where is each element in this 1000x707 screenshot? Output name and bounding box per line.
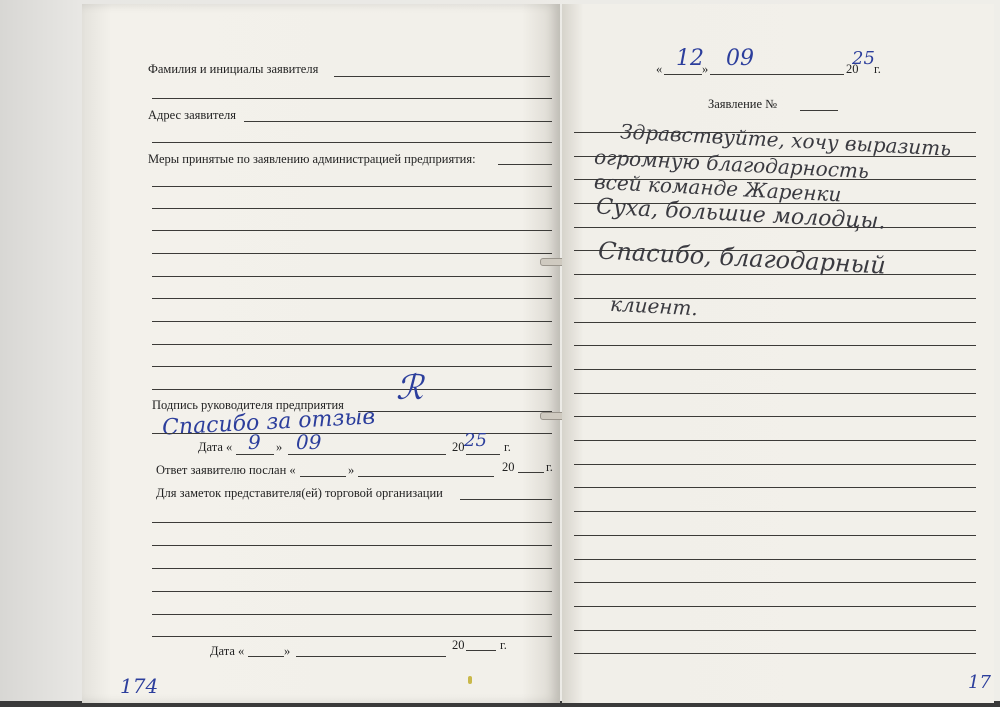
statement-line[interactable] bbox=[574, 464, 976, 465]
date-day: 9 bbox=[248, 430, 261, 454]
measures-label: Меры принятые по заявлению администрацие… bbox=[148, 152, 476, 167]
measures-field-line[interactable] bbox=[152, 389, 552, 390]
reply-sent-month-field[interactable] bbox=[358, 476, 494, 477]
measures-field-line[interactable] bbox=[152, 208, 552, 209]
applicant-address-field[interactable] bbox=[244, 121, 552, 122]
notes-field-line[interactable] bbox=[152, 614, 552, 615]
statement-line[interactable] bbox=[574, 653, 976, 654]
measures-field-line[interactable] bbox=[152, 321, 552, 322]
bottom-date-month-field[interactable] bbox=[296, 656, 446, 657]
right-page-number: 17 bbox=[968, 672, 991, 693]
date-close-quote: » bbox=[276, 440, 282, 455]
statement-line[interactable] bbox=[574, 630, 976, 631]
statement-line[interactable] bbox=[574, 606, 976, 607]
notes-field-line[interactable] bbox=[152, 591, 552, 592]
measures-field[interactable] bbox=[498, 164, 552, 165]
date-month: 09 bbox=[296, 430, 321, 454]
applicant-address-field-line2[interactable] bbox=[152, 142, 552, 143]
notes-field-line[interactable] bbox=[152, 568, 552, 569]
notes-field-line[interactable] bbox=[152, 522, 552, 523]
applicant-name-field-line2[interactable] bbox=[152, 98, 552, 99]
date-year-prefix: 20 bbox=[452, 440, 465, 455]
statement-number-field[interactable] bbox=[800, 110, 838, 111]
statement-line[interactable] bbox=[574, 440, 976, 441]
notes-field-line[interactable] bbox=[152, 545, 552, 546]
date-year-suffix-label: г. bbox=[504, 440, 511, 455]
manager-signature: ℛ bbox=[396, 368, 423, 408]
date-day-field[interactable] bbox=[236, 454, 274, 455]
right-page bbox=[562, 4, 994, 703]
measures-field-line[interactable] bbox=[152, 276, 552, 277]
right-date-open-quote: « bbox=[656, 62, 662, 77]
right-date-year-suffix-label: г. bbox=[874, 62, 881, 77]
measures-field-line[interactable] bbox=[152, 186, 552, 187]
bottom-year-prefix: 20 bbox=[452, 638, 465, 653]
right-date-day: 12 bbox=[676, 46, 704, 71]
measures-field-line[interactable] bbox=[152, 298, 552, 299]
reply-sent-label: Ответ заявителю послан « bbox=[156, 463, 296, 478]
applicant-name-field[interactable] bbox=[334, 76, 550, 77]
statement-label: Заявление № bbox=[708, 97, 777, 112]
bottom-date-day-field[interactable] bbox=[248, 656, 284, 657]
measures-field-line[interactable] bbox=[152, 230, 552, 231]
bottom-year-field[interactable] bbox=[466, 650, 496, 651]
statement-line[interactable] bbox=[574, 559, 976, 560]
notes-field-line[interactable] bbox=[152, 636, 552, 637]
right-date-year-suffix: 25 bbox=[852, 48, 875, 69]
statement-line[interactable] bbox=[574, 322, 976, 323]
bottom-date-label: Дата « bbox=[210, 644, 244, 659]
statement-line[interactable] bbox=[574, 274, 976, 275]
statement-line[interactable] bbox=[574, 369, 976, 370]
bottom-year-suffix: г. bbox=[500, 638, 507, 653]
reply-year-field[interactable] bbox=[518, 472, 544, 473]
statement-line[interactable] bbox=[574, 345, 976, 346]
right-date-month-field[interactable] bbox=[710, 74, 844, 75]
reply-year-prefix: 20 bbox=[502, 460, 515, 475]
reply-sent-day-field[interactable] bbox=[300, 476, 346, 477]
right-date-day-field[interactable] bbox=[664, 74, 702, 75]
applicant-address-label: Адрес заявителя bbox=[148, 108, 236, 123]
statement-line[interactable] bbox=[574, 393, 976, 394]
bottom-date-close: » bbox=[284, 644, 290, 659]
scan-background: Фамилия и инициалы заявителя Адрес заяви… bbox=[0, 0, 1000, 707]
date-year-suffix: 25 bbox=[464, 430, 487, 451]
reply-sent-close: » bbox=[348, 463, 354, 478]
measures-field-line[interactable] bbox=[152, 366, 552, 367]
date-year-field[interactable] bbox=[466, 454, 500, 455]
manager-signature-field[interactable] bbox=[358, 411, 552, 412]
right-date-close-quote: » bbox=[702, 62, 708, 77]
statement-line[interactable] bbox=[574, 487, 976, 488]
notes-field[interactable] bbox=[460, 499, 552, 500]
measures-field-line[interactable] bbox=[152, 253, 552, 254]
statement-handwritten-line: клиент. bbox=[609, 292, 698, 321]
applicant-name-label: Фамилия и инициалы заявителя bbox=[148, 62, 318, 77]
date-month-field[interactable] bbox=[288, 454, 446, 455]
date-label: Дата « bbox=[198, 440, 232, 455]
left-page-number: 174 bbox=[120, 674, 158, 698]
statement-line[interactable] bbox=[574, 416, 976, 417]
notes-label: Для заметок представителя(ей) торговой о… bbox=[156, 486, 443, 501]
measures-field-line[interactable] bbox=[152, 344, 552, 345]
reply-year-suffix: г. bbox=[546, 460, 553, 475]
statement-line[interactable] bbox=[574, 535, 976, 536]
statement-line[interactable] bbox=[574, 582, 976, 583]
manager-response-field[interactable] bbox=[152, 433, 552, 434]
right-date-month: 09 bbox=[726, 46, 754, 71]
statement-line[interactable] bbox=[574, 511, 976, 512]
ink-mark bbox=[468, 676, 472, 684]
